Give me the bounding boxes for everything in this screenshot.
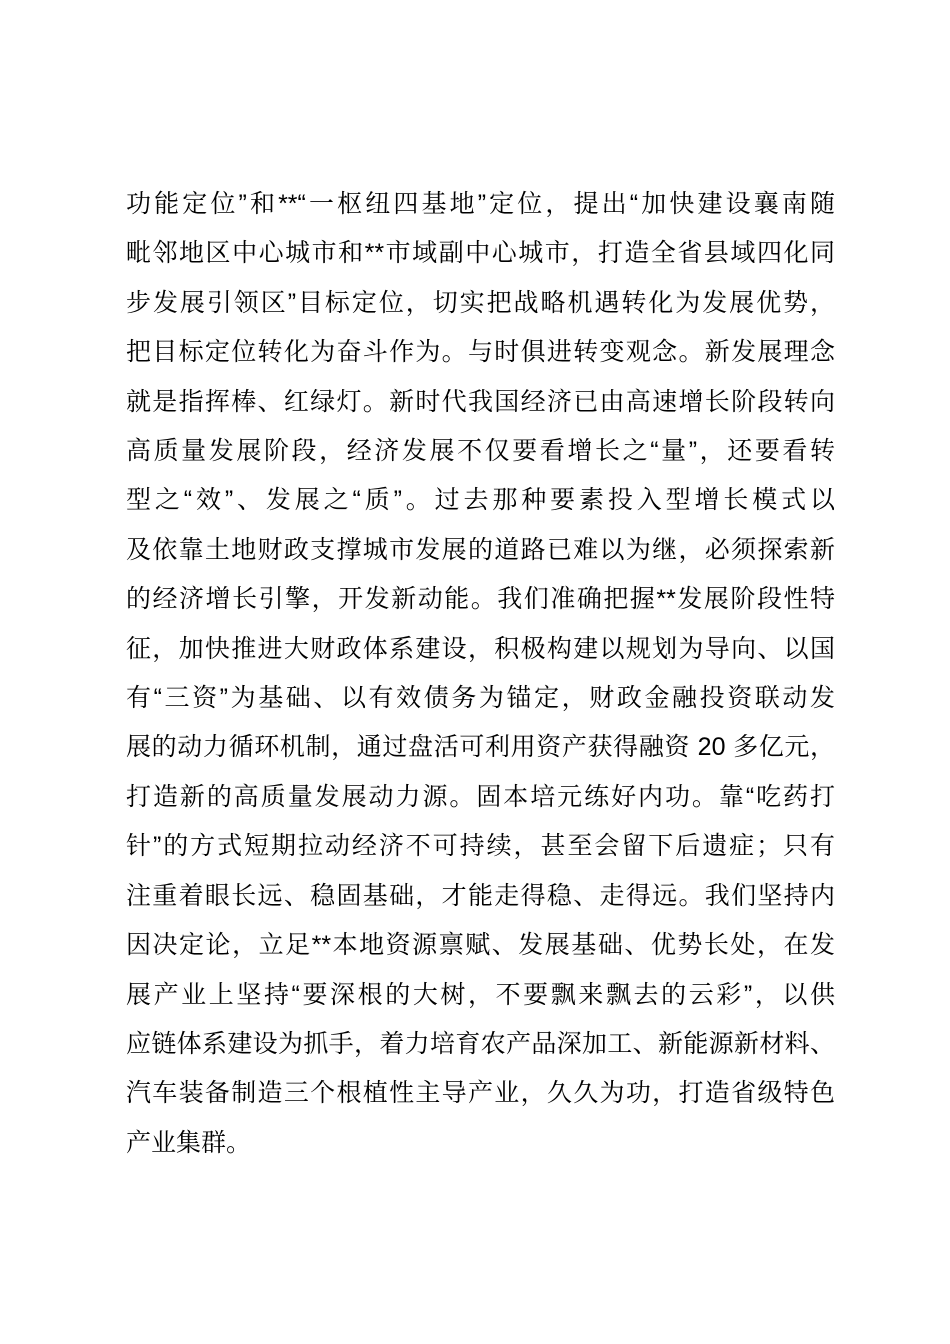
text-line: 展产业上坚持“要深根的大树，不要飘来飘去的云彩”，以供 xyxy=(126,971,835,1020)
text-line: 应链体系建设为抓手，着力培育农产品深加工、新能源新材料、 xyxy=(126,1020,835,1069)
text-line: 的经济增长引擎，开发新动能。我们准确把握**发展阶段性特 xyxy=(126,575,835,624)
text-line: 产业集群。 xyxy=(126,1119,835,1168)
text-line: 征，加快推进大财政体系建设，积极构建以规划为导向、以国 xyxy=(126,625,835,674)
document-page: 功能定位”和**“一枢纽四基地”定位，提出“加快建设襄南随 毗邻地区中心城市和*… xyxy=(0,0,950,1344)
text-line: 汽车装备制造三个根植性主导产业，久久为功，打造省级特色 xyxy=(126,1069,835,1118)
text-line: 步发展引领区”目标定位，切实把战略机遇转化为发展优势， xyxy=(126,279,835,328)
text-line: 因决定论，立足**本地资源禀赋、发展基础、优势长处，在发 xyxy=(126,921,835,970)
text-line: 功能定位”和**“一枢纽四基地”定位，提出“加快建设襄南随 xyxy=(126,180,835,229)
text-line: 就是指挥棒、红绿灯。新时代我国经济已由高速增长阶段转向 xyxy=(126,378,835,427)
text-line: 型之“效”、发展之“质”。过去那种要素投入型增长模式以 xyxy=(126,476,835,525)
text-line: 打造新的高质量发展动力源。固本培元练好内功。靠“吃药打 xyxy=(126,773,835,822)
text-line: 针”的方式短期拉动经济不可持续，甚至会留下后遗症；只有 xyxy=(126,822,835,871)
text-line: 把目标定位转化为奋斗作为。与时俱进转变观念。新发展理念 xyxy=(126,328,835,377)
text-line: 注重着眼长远、稳固基础，才能走得稳、走得远。我们坚持内 xyxy=(126,872,835,921)
text-line: 高质量发展阶段，经济发展不仅要看增长之“量”，还要看转 xyxy=(126,427,835,476)
text-line: 毗邻地区中心城市和**市域副中心城市，打造全省县域四化同 xyxy=(126,229,835,278)
text-line: 有“三资”为基础、以有效债务为锚定，财政金融投资联动发 xyxy=(126,674,835,723)
paragraph-body: 功能定位”和**“一枢纽四基地”定位，提出“加快建设襄南随 毗邻地区中心城市和*… xyxy=(126,180,835,1168)
text-line: 展的动力循环机制，通过盘活可利用资产获得融资 20 多亿元， xyxy=(126,723,835,772)
text-line: 及依靠土地财政支撑城市发展的道路已难以为继，必须探索新 xyxy=(126,526,835,575)
